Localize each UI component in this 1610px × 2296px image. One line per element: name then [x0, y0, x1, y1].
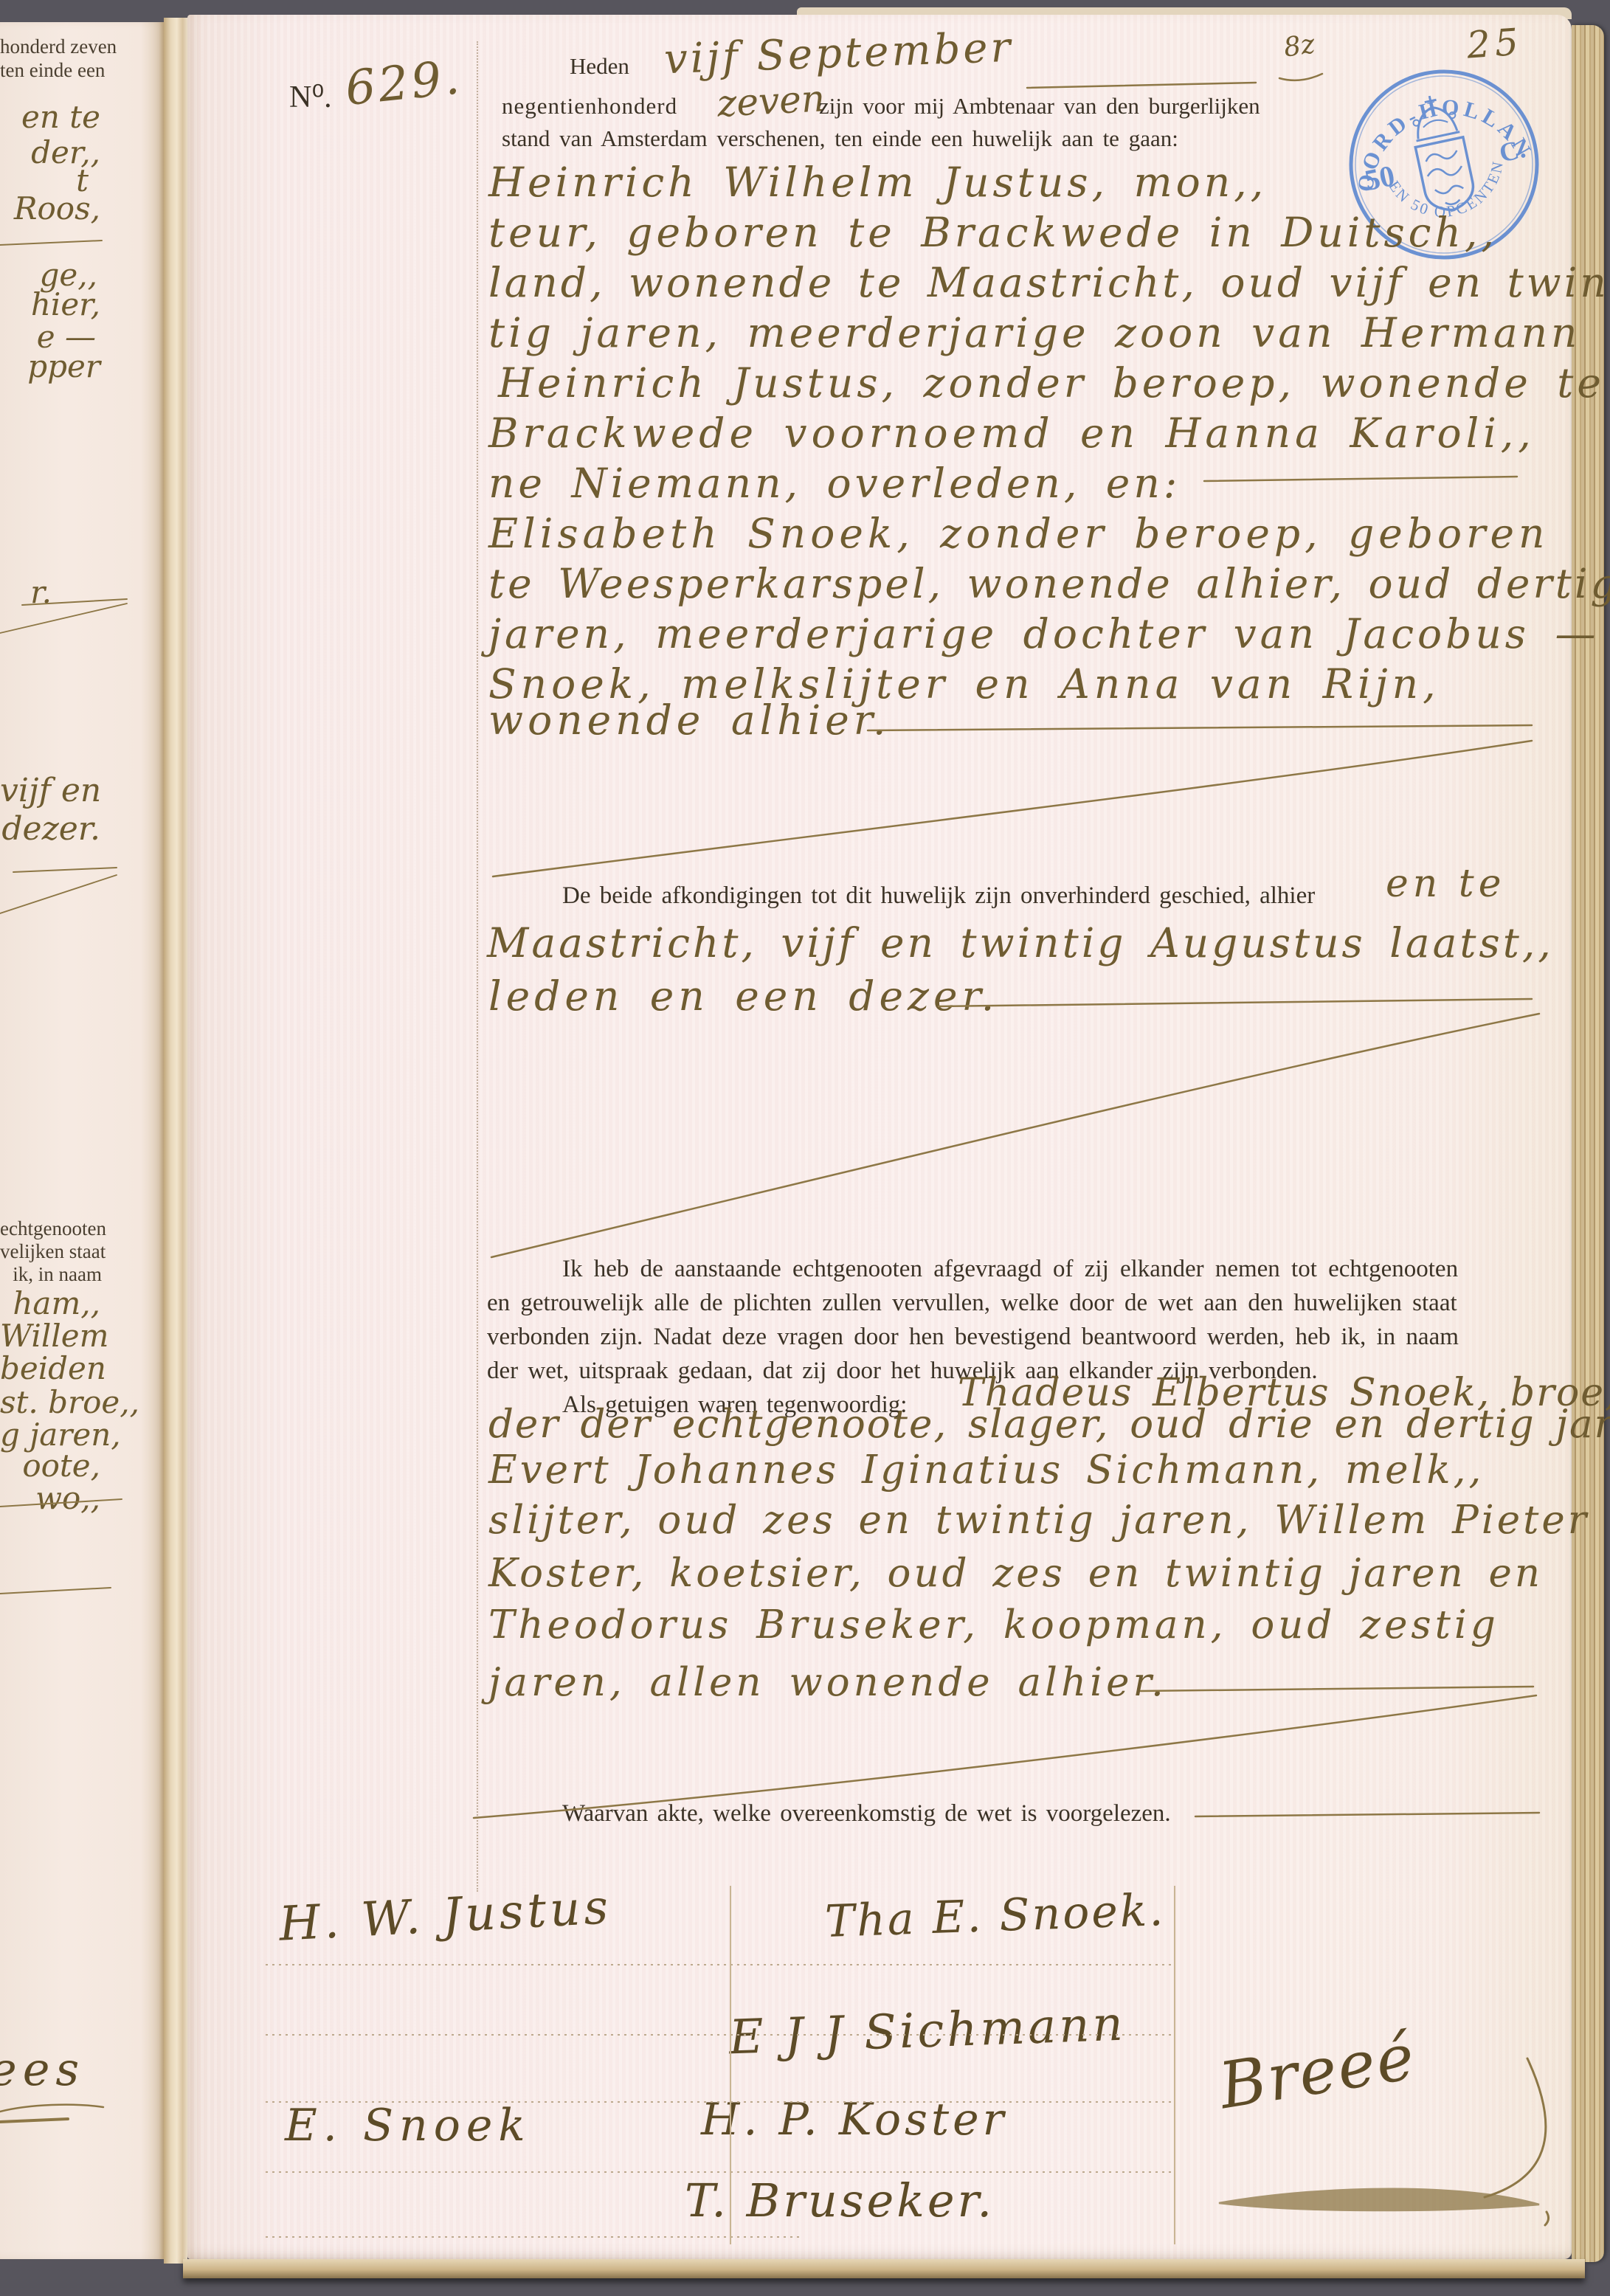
signature-bride: E. Snoek: [285, 2100, 531, 2151]
margin-dotted-rule: [477, 41, 478, 1892]
body-line: Heinrich Justus, zonder beroep, wonende …: [498, 359, 1605, 407]
body-line: Brackwede voornoemd en Hanna Karoli,,: [488, 409, 1535, 457]
left-hw-line: pper: [0, 348, 100, 384]
body-line: land, wonende te Maastricht, oud vijf en…: [488, 259, 1610, 306]
left-hw-line: en te: [0, 99, 100, 135]
left-hw-line: Willem: [0, 1318, 100, 1354]
header-heden: Heden: [570, 53, 629, 80]
left-hw-line: ham,,: [0, 1285, 100, 1321]
witness-line: slijter, oud zes en twintig jaren, Wille…: [488, 1498, 1589, 1543]
proclamation-hw-line: leden en een dezer.: [488, 972, 998, 1020]
left-printed-line: velijken staat: [0, 1240, 102, 1263]
witness-line: Theodorus Bruseker, koopman, oud zestig: [488, 1602, 1499, 1647]
proclamation-inline-hw: en te: [1386, 862, 1505, 906]
left-printed-line: ten einde een: [0, 59, 102, 82]
body-line: Heinrich Wilhelm Justus, mon,,: [488, 159, 1267, 206]
book-bottom-edge: [183, 2259, 1585, 2278]
signature-witness-4: T. Bruseker.: [685, 2174, 995, 2227]
body-line: teur, geboren te Brackwede in Duitsch,,: [488, 209, 1498, 256]
header-line3: stand van Amsterdam verschenen, ten eind…: [502, 125, 1178, 152]
stamp-value: 50: [1362, 159, 1397, 197]
body-line: tig jaren, meerderjarige zoon van Herman…: [488, 309, 1580, 356]
header-line2b: zijn voor mij Ambtenaar van den burgerli…: [819, 93, 1260, 120]
declaration-line: en getrouwelijk alle de plichten zullen …: [487, 1290, 1457, 1317]
left-printed-line: ik, in naam: [0, 1263, 102, 1286]
left-hw-line: oote,: [0, 1448, 100, 1484]
left-hw-line: r.: [0, 574, 52, 610]
book-gutter: [164, 18, 187, 2264]
margin-mark: 8z: [1282, 29, 1316, 63]
declaration-line: Ik heb de aanstaande echtgenooten afgevr…: [562, 1256, 1458, 1283]
left-hw-line: beiden: [0, 1350, 100, 1386]
left-hw-line: wo,,: [0, 1480, 100, 1516]
witness-line: der der echtgenoote, slager, oud drie en…: [488, 1402, 1610, 1447]
body-line: Elisabeth Snoek, zonder beroep, geboren: [488, 510, 1549, 557]
left-hw-line: hier,: [0, 286, 100, 322]
declaration-line: verbonden zijn. Nadat deze vragen door h…: [487, 1324, 1459, 1351]
left-printed-line: honderd zeven: [0, 35, 102, 58]
header-line2a: negentienhonderd: [502, 93, 677, 120]
body-line: ne Niemann, overleden, en:: [488, 460, 1181, 507]
body-line: wonende alhier.: [488, 696, 891, 744]
witness-line: jaren, allen wonende alhier.: [488, 1660, 1167, 1705]
left-printed-line: echtgenooten: [0, 1217, 102, 1240]
witness-line: Evert Johannes Iginatius Sichmann, melk,…: [488, 1448, 1484, 1493]
body-line: jaren, meerderjarige dochter van Jacobus…: [488, 610, 1599, 657]
left-hw-line: vijf en: [0, 772, 100, 809]
left-hw-line: Roos,: [0, 190, 100, 227]
signature-witness-3: H. P. Koster: [701, 2094, 1007, 2145]
closing-printed: Waarvan akte, welke overeenkomstig de we…: [562, 1800, 1171, 1828]
left-hw-line: dezer.: [0, 810, 100, 848]
proclamation-printed: De beide afkondigingen tot dit huwelijk …: [562, 882, 1315, 910]
header-year-handwritten: zeven: [716, 77, 826, 125]
act-number-label: N⁰.: [289, 78, 332, 115]
proclamation-hw-line: Maastricht, vijf en twintig Augustus laa…: [487, 919, 1554, 967]
left-hw-line: st. broe,,: [0, 1384, 100, 1420]
witness-line: Koster, koetsier, oud zes en twintig jar…: [488, 1551, 1543, 1596]
body-line: te Weesperkarspel, wonende alhier, oud d…: [488, 560, 1610, 607]
archival-scan: honderd zeven ten einde een en te der,, …: [0, 0, 1610, 2296]
left-signature-flourish: ees: [0, 2042, 85, 2096]
